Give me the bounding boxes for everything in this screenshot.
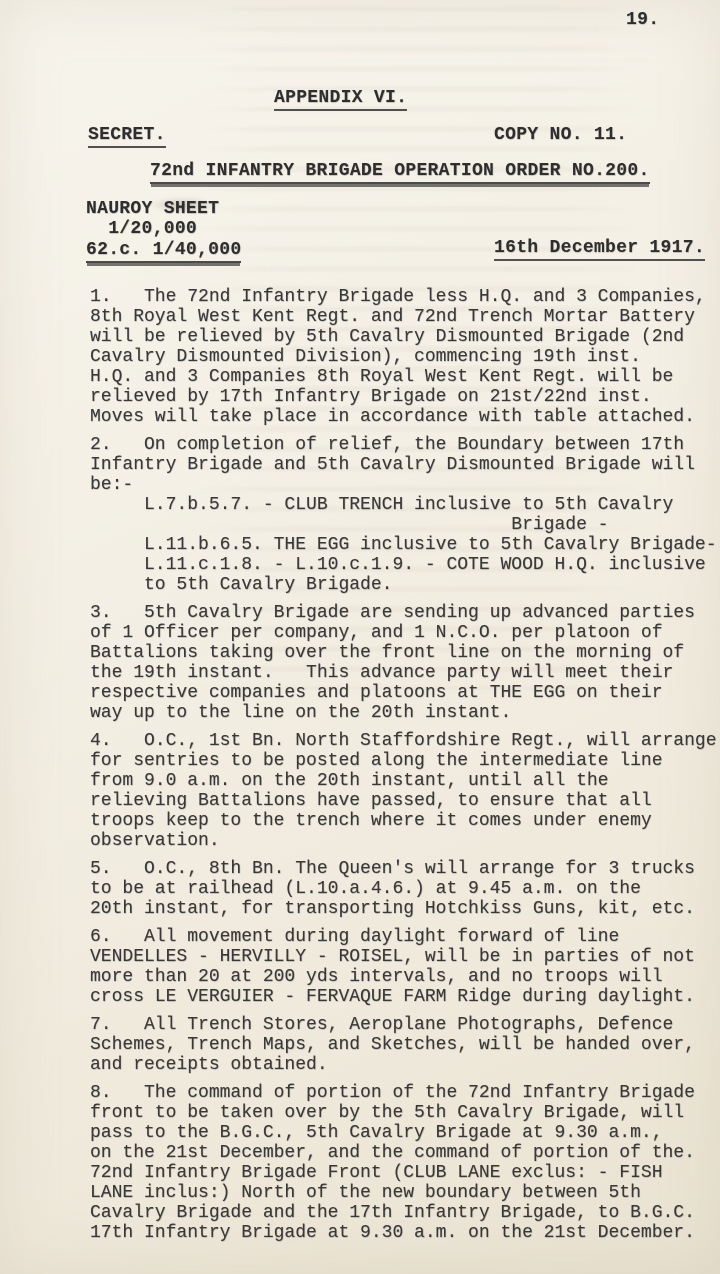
paragraph-8: 8. The command of portion of the 72nd In…: [90, 1083, 720, 1243]
map-sheet-name: NAUROY SHEET: [86, 199, 219, 219]
paragraph-5: 5. O.C., 8th Bn. The Queen's will arrang…: [90, 859, 720, 919]
order-title: 72nd INFANTRY BRIGADE OPERATION ORDER NO…: [150, 161, 650, 181]
order-title-text: 72nd INFANTRY BRIGADE OPERATION ORDER NO…: [150, 161, 650, 184]
copy-number: COPY NO. 11.: [494, 125, 627, 145]
map-scale-2: 62.c. 1/40,000: [86, 240, 241, 263]
order-body: 1. The 72nd Infantry Brigade less H.Q. a…: [90, 287, 720, 1251]
order-date: 16th December 1917.: [494, 238, 705, 258]
document-page: 19. APPENDIX VI. SECRET. COPY NO. 11. 72…: [0, 0, 720, 1274]
map-scale-1: 1/20,000: [86, 219, 197, 239]
paragraph-4: 4. O.C., 1st Bn. North Staffordshire Reg…: [90, 731, 720, 851]
page-number: 19.: [626, 10, 659, 30]
paragraph-3: 3. 5th Cavalry Brigade are sending up ad…: [90, 603, 720, 723]
classification: SECRET.: [88, 125, 166, 145]
appendix-heading-text: APPENDIX VI.: [274, 88, 407, 111]
order-date-text: 16th December 1917.: [494, 238, 705, 261]
paragraph-2: 2. On completion of relief, the Boundary…: [90, 435, 720, 595]
classification-text: SECRET.: [88, 125, 166, 148]
paragraph-7: 7. All Trench Stores, Aeroplane Photogra…: [90, 1015, 720, 1075]
paragraph-6: 6. All movement during daylight forward …: [90, 927, 720, 1007]
map-sheet-reference: NAUROY SHEET 1/20,000 62.c. 1/40,000: [86, 199, 241, 263]
paragraph-1: 1. The 72nd Infantry Brigade less H.Q. a…: [90, 287, 720, 427]
appendix-heading: APPENDIX VI.: [274, 88, 407, 108]
